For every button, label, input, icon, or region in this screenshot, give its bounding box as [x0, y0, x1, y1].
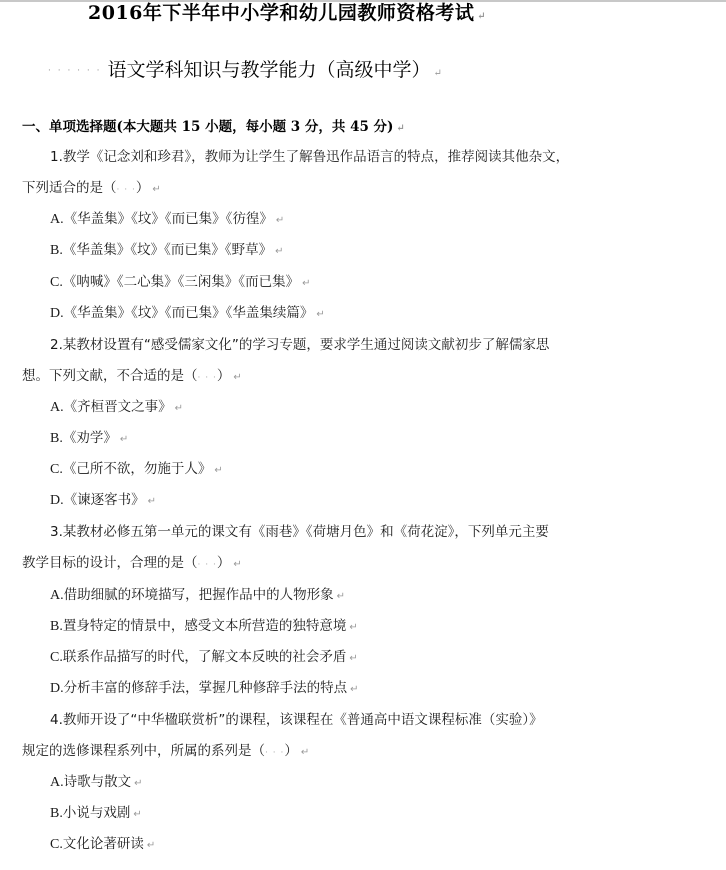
paragraph-mark-icon: ↵ — [233, 559, 241, 570]
question-stem-text: 下列适合的是（ — [22, 180, 117, 196]
option-text: 诗歌与散文 — [64, 774, 132, 790]
answer-blank: · · · — [117, 185, 136, 195]
option-1c: C.《呐喊》《二心集》《三闲集》《而已集》↵ — [50, 276, 310, 290]
option-text: 联系作品描写的时代，了解文本反映的社会矛盾 — [63, 649, 347, 665]
option-letter: A. — [50, 775, 64, 790]
paragraph-mark-icon: ↵ — [147, 840, 155, 851]
question-stem-text: 规定的选修课程系列中，所属的系列是（ — [22, 743, 265, 759]
option-letter: B. — [50, 243, 63, 258]
document-subtitle: · · · · · ·语文学科知识与教学能力（高级中学）↵ — [48, 61, 442, 80]
paragraph-mark-icon: ↵ — [302, 278, 310, 289]
option-1a: A.《华盖集》《坟》《而已集》《彷徨》↵ — [50, 213, 284, 227]
question-stem-text: 教师开设了“中华楹联赏析”的课程，该课程在《普通高中语文课程标准（实验）》 — [63, 712, 543, 728]
option-text: 借助细腻的环境描写，把握作品中的人物形象 — [64, 587, 334, 603]
answer-blank: · · · — [198, 373, 217, 383]
question-stem-text: ） — [284, 743, 298, 759]
question-3-stem-line1: 3.某教材必修五第一单元的课文有《雨巷》《荷塘月色》和《荷花淀》，下列单元主要 — [50, 526, 549, 540]
option-4c: C.文化论著研读↵ — [50, 838, 155, 852]
question-stem-text: ） — [217, 555, 231, 571]
paragraph-mark-icon: ↵ — [175, 403, 183, 414]
question-stem-text: 教学《记念刘和珍君》，教师为让学生了解鲁迅作品语言的特点，推荐阅读其他杂文， — [63, 149, 569, 165]
option-text: 《华盖集》《坟》《而已集》《野草》 — [63, 242, 272, 258]
paragraph-mark-icon: ↵ — [134, 778, 142, 789]
paragraph-mark-icon: ↵ — [477, 11, 486, 22]
question-stem-text: 想。下列文献，不合适的是（ — [22, 368, 198, 384]
question-stem-text: 某教材必修五第一单元的课文有《雨巷》《荷塘月色》和《荷花淀》，下列单元主要 — [63, 524, 549, 540]
option-text: 置身特定的情景中，感受文本所营造的独特意境 — [63, 618, 347, 634]
section-heading: 一、单项选择题(本大题共 15 小题，每小题 3 分，共 45 分)↵ — [22, 121, 405, 135]
question-2-stem-line2: 想。下列文献，不合适的是（· · ·）↵ — [22, 370, 242, 384]
option-letter: B. — [50, 806, 63, 821]
option-1b: B.《华盖集》《坟》《而已集》《野草》↵ — [50, 244, 283, 258]
option-letter: D. — [50, 681, 64, 696]
question-stem-text: 某教材设置有“感受儒家文化”的学习专题，要求学生通过阅读文献初步了解儒家思 — [63, 337, 550, 353]
option-2b: B.《劝学》↵ — [50, 432, 128, 446]
option-letter: C. — [50, 275, 63, 290]
option-letter: A. — [50, 400, 64, 415]
question-2-stem-line1: 2.某教材设置有“感受儒家文化”的学习专题，要求学生通过阅读文献初步了解儒家思 — [50, 339, 549, 353]
question-number: 4. — [50, 712, 63, 728]
option-2a: A.《齐桓晋文之事》↵ — [50, 401, 183, 415]
document-subtitle-text: 语文学科知识与教学能力（高级中学） — [107, 59, 430, 81]
option-text: 《劝学》 — [63, 430, 117, 446]
option-3b: B.置身特定的情景中，感受文本所营造的独特意境↵ — [50, 620, 358, 634]
option-text: 《己所不欲，勿施于人》 — [63, 461, 212, 477]
paragraph-mark-icon: ↵ — [316, 309, 324, 320]
option-letter: A. — [50, 588, 64, 603]
paragraph-mark-icon: ↵ — [337, 591, 345, 602]
answer-blank: · · · — [198, 560, 217, 570]
question-1-stem-line1: 1.教学《记念刘和珍君》，教师为让学生了解鲁迅作品语言的特点，推荐阅读其他杂文， — [50, 151, 569, 165]
paragraph-mark-icon: ↵ — [214, 465, 222, 476]
option-4b: B.小说与戏剧↵ — [50, 807, 142, 821]
option-text: 《齐桓晋文之事》 — [64, 399, 172, 415]
paragraph-mark-icon: ↵ — [133, 809, 141, 820]
document-title-text: 2016年下半年中小学和幼儿园教师资格考试 — [88, 2, 474, 24]
section-heading-text: 一、单项选择题(本大题共 15 小题，每小题 3 分，共 45 分) — [22, 119, 393, 135]
tab-leader-dots: · · · · · · — [48, 66, 101, 76]
question-stem-text: 教学目标的设计，合理的是（ — [22, 555, 198, 571]
option-letter: C. — [50, 462, 63, 477]
question-stem-text: ） — [136, 180, 150, 196]
question-number: 1. — [50, 149, 63, 165]
option-text: 《华盖集》《坟》《而已集》《彷徨》 — [64, 211, 273, 227]
option-1d: D.《华盖集》《坟》《而已集》《华盖集续篇》↵ — [50, 307, 325, 321]
option-text: 《谏逐客书》 — [64, 492, 145, 508]
paragraph-mark-icon: ↵ — [120, 434, 128, 445]
option-letter: A. — [50, 212, 64, 227]
option-text: 《华盖集》《坟》《而已集》《华盖集续篇》 — [64, 305, 314, 321]
question-1-stem-line2: 下列适合的是（· · ·）↵ — [22, 182, 161, 196]
question-stem-text: ） — [217, 368, 231, 384]
paragraph-mark-icon: ↵ — [233, 372, 241, 383]
option-text: 文化论著研读 — [63, 836, 144, 852]
paragraph-mark-icon: ↵ — [434, 68, 442, 79]
option-letter: C. — [50, 837, 63, 852]
paragraph-mark-icon: ↵ — [301, 747, 309, 758]
paragraph-mark-icon: ↵ — [276, 215, 284, 226]
option-text: 分析丰富的修辞手法，掌握几种修辞手法的特点 — [64, 680, 348, 696]
question-3-stem-line2: 教学目标的设计，合理的是（· · ·）↵ — [22, 557, 242, 571]
question-4-stem-line1: 4.教师开设了“中华楹联赏析”的课程，该课程在《普通高中语文课程标准（实验）》 — [50, 714, 543, 728]
paragraph-mark-icon: ↵ — [349, 622, 357, 633]
paragraph-mark-icon: ↵ — [152, 184, 160, 195]
paragraph-mark-icon: ↵ — [396, 123, 404, 134]
question-number: 3. — [50, 524, 63, 540]
option-text: 《呐喊》《二心集》《三闲集》《而已集》 — [63, 274, 299, 290]
answer-blank: · · · — [265, 748, 284, 758]
paragraph-mark-icon: ↵ — [148, 496, 156, 507]
option-text: 小说与戏剧 — [63, 805, 131, 821]
option-letter: B. — [50, 431, 63, 446]
option-letter: D. — [50, 493, 64, 508]
option-letter: D. — [50, 306, 64, 321]
option-letter: C. — [50, 650, 63, 665]
question-number: 2. — [50, 337, 63, 353]
paragraph-mark-icon: ↵ — [349, 653, 357, 664]
option-letter: B. — [50, 619, 63, 634]
option-2c: C.《己所不欲，勿施于人》↵ — [50, 463, 223, 477]
question-4-stem-line2: 规定的选修课程系列中，所属的系列是（· · ·）↵ — [22, 745, 309, 759]
option-3a: A.借助细腻的环境描写，把握作品中的人物形象↵ — [50, 589, 345, 603]
option-2d: D.《谏逐客书》↵ — [50, 494, 156, 508]
option-4a: A.诗歌与散文↵ — [50, 776, 143, 790]
paragraph-mark-icon: ↵ — [350, 684, 358, 695]
paragraph-mark-icon: ↵ — [275, 246, 283, 257]
option-3c: C.联系作品描写的时代，了解文本反映的社会矛盾↵ — [50, 651, 358, 665]
option-3d: D.分析丰富的修辞手法，掌握几种修辞手法的特点↵ — [50, 682, 359, 696]
document-title: 2016年下半年中小学和幼儿园教师资格考试↵ — [88, 4, 486, 23]
